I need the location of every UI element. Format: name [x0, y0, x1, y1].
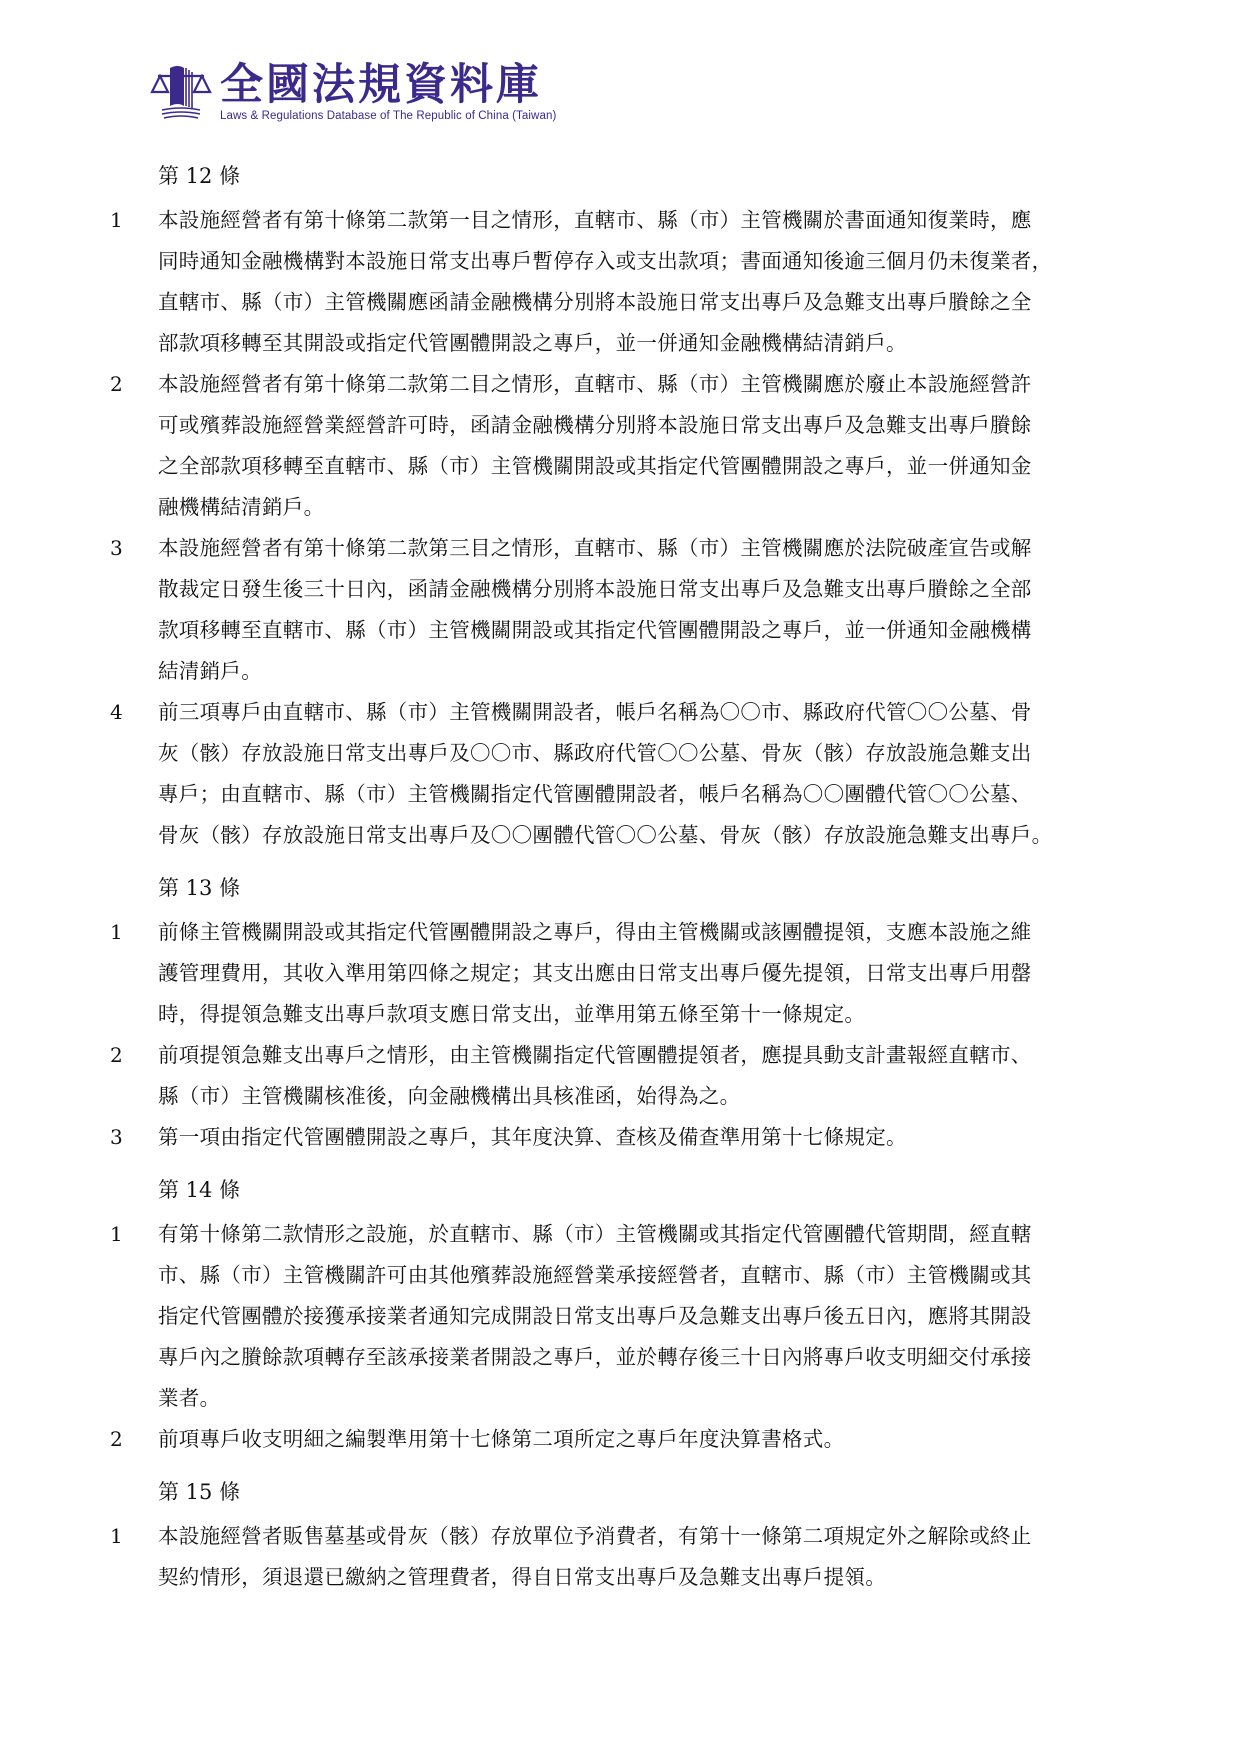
paragraph-text-line: 業者。: [158, 1378, 1140, 1419]
article: 第 13 條1前條主管機關開設或其指定代管團體開設之專戶，得由主管機關或該團體提…: [110, 870, 1140, 1158]
paragraph-text-line: 散裁定日發生後三十日內，函請金融機構分別將本設施日常支出專戶及急難支出專戶賸餘之…: [158, 569, 1140, 610]
paragraph-number: 4: [110, 692, 158, 856]
law-content: 第 12 條1本設施經營者有第十條第二款第一目之情形，直轄市、縣（市）主管機關於…: [110, 158, 1140, 1612]
paragraph-text-line: 部款項移轉至其開設或指定代管團體開設之專戶，並一併通知金融機構結清銷戶。: [158, 323, 1140, 364]
paragraph-text-line: 骨灰（骸）存放設施日常支出專戶及〇〇團體代管〇〇公墓、骨灰（骸）存放設施急難支出…: [158, 815, 1140, 856]
logo-title: 全國法規資料庫: [220, 62, 556, 108]
paragraph-text-line: 本設施經營者有第十條第二款第三目之情形，直轄市、縣（市）主管機關應於法院破產宣告…: [158, 528, 1140, 569]
paragraph-number: 1: [110, 912, 158, 1035]
paragraph-text-line: 時，得提領急難支出專戶款項支應日常支出，並準用第五條至第十一條規定。: [158, 994, 1140, 1035]
paragraph-text-line: 前條主管機關開設或其指定代管團體開設之專戶，得由主管機關或該團體提領，支應本設施…: [158, 912, 1140, 953]
paragraph-number: 2: [110, 1419, 158, 1460]
paragraph-text-line: 本設施經營者有第十條第二款第一目之情形，直轄市、縣（市）主管機關於書面通知復業時…: [158, 200, 1140, 241]
paragraph-text-line: 直轄市、縣（市）主管機關應函請金融機構分別將本設施日常支出專戶及急難支出專戶賸餘…: [158, 282, 1140, 323]
logo-subtitle: Laws & Regulations Database of The Repub…: [220, 110, 556, 122]
paragraph-text-line: 第一項由指定代管團體開設之專戶，其年度決算、查核及備查準用第十七條規定。: [158, 1117, 1140, 1158]
article: 第 12 條1本設施經營者有第十條第二款第一目之情形，直轄市、縣（市）主管機關於…: [110, 158, 1140, 856]
paragraph: 4前三項專戶由直轄市、縣（市）主管機關開設者，帳戶名稱為〇〇市、縣政府代管〇〇公…: [110, 692, 1140, 856]
paragraph-text-line: 契約情形，須退還已繳納之管理費者，得自日常支出專戶及急難支出專戶提領。: [158, 1557, 1140, 1598]
paragraph-text-line: 前項提領急難支出專戶之情形，由主管機關指定代管團體提領者，應提具動支計畫報經直轄…: [158, 1035, 1140, 1076]
paragraph-number: 1: [110, 200, 158, 364]
paragraph-text-line: 可或殯葬設施經營業經營許可時，函請金融機構分別將本設施日常支出專戶及急難支出專戶…: [158, 405, 1140, 446]
paragraph-text-line: 灰（骸）存放設施日常支出專戶及〇〇市、縣政府代管〇〇公墓、骨灰（骸）存放設施急難…: [158, 733, 1140, 774]
article-title: 第 13 條: [158, 870, 1140, 906]
paragraph-number: 3: [110, 1117, 158, 1158]
paragraph: 1本設施經營者有第十條第二款第一目之情形，直轄市、縣（市）主管機關於書面通知復業…: [110, 200, 1140, 364]
paragraph-text-line: 同時通知金融機構對本設施日常支出專戶暫停存入或支出款項；書面通知後逾三個月仍未復…: [158, 241, 1140, 282]
paragraph-text-line: 縣（市）主管機關核准後，向金融機構出具核准函，始得為之。: [158, 1076, 1140, 1117]
paragraph-text-line: 融機構結清銷戶。: [158, 487, 1140, 528]
paragraph-text-line: 市、縣（市）主管機關許可由其他殯葬設施經營業承接經營者，直轄市、縣（市）主管機關…: [158, 1255, 1140, 1296]
article: 第 15 條1本設施經營者販售墓基或骨灰（骸）存放單位予消費者，有第十一條第二項…: [110, 1474, 1140, 1598]
paragraph-number: 2: [110, 1035, 158, 1117]
paragraph-text-line: 有第十條第二款情形之設施，於直轄市、縣（市）主管機關或其指定代管團體代管期間，經…: [158, 1214, 1140, 1255]
article-title: 第 15 條: [158, 1474, 1140, 1510]
site-logo: 全國法規資料庫 Laws & Regulations Database of T…: [148, 62, 556, 122]
paragraph-text-line: 之全部款項移轉至直轄市、縣（市）主管機關開設或其指定代管團體開設之專戶，並一併通…: [158, 446, 1140, 487]
paragraph-text-line: 前項專戶收支明細之編製準用第十七條第二項所定之專戶年度決算書格式。: [158, 1419, 1140, 1460]
paragraph-text-line: 專戶；由直轄市、縣（市）主管機關指定代管團體開設者，帳戶名稱為〇〇團體代管〇〇公…: [158, 774, 1140, 815]
paragraph: 2本設施經營者有第十條第二款第二目之情形，直轄市、縣（市）主管機關應於廢止本設施…: [110, 364, 1140, 528]
article: 第 14 條1有第十條第二款情形之設施，於直轄市、縣（市）主管機關或其指定代管團…: [110, 1172, 1140, 1460]
paragraph-text-line: 護管理費用，其收入準用第四條之規定；其支出應由日常支出專戶優先提領，日常支出專戶…: [158, 953, 1140, 994]
paragraph: 2前項提領急難支出專戶之情形，由主管機關指定代管團體提領者，應提具動支計畫報經直…: [110, 1035, 1140, 1117]
paragraph-number: 1: [110, 1214, 158, 1419]
paragraph-number: 1: [110, 1516, 158, 1598]
paragraph: 1有第十條第二款情形之設施，於直轄市、縣（市）主管機關或其指定代管團體代管期間，…: [110, 1214, 1140, 1419]
article-title: 第 14 條: [158, 1172, 1140, 1208]
paragraph-text-line: 款項移轉至直轄市、縣（市）主管機關開設或其指定代管團體開設之專戶，並一併通知金融…: [158, 610, 1140, 651]
paragraph-text-line: 本設施經營者販售墓基或骨灰（骸）存放單位予消費者，有第十一條第二項規定外之解除或…: [158, 1516, 1140, 1557]
paragraph: 1前條主管機關開設或其指定代管團體開設之專戶，得由主管機關或該團體提領，支應本設…: [110, 912, 1140, 1035]
paragraph-text-line: 專戶內之賸餘款項轉存至該承接業者開設之專戶，並於轉存後三十日內將專戶收支明細交付…: [158, 1337, 1140, 1378]
paragraph-text-line: 結清銷戶。: [158, 651, 1140, 692]
scales-book-icon: [148, 62, 214, 120]
paragraph-text-line: 指定代管團體於接獲承接業者通知完成開設日常支出專戶及急難支出專戶後五日內，應將其…: [158, 1296, 1140, 1337]
paragraph: 2前項專戶收支明細之編製準用第十七條第二項所定之專戶年度決算書格式。: [110, 1419, 1140, 1460]
paragraph: 3第一項由指定代管團體開設之專戶，其年度決算、查核及備查準用第十七條規定。: [110, 1117, 1140, 1158]
article-title: 第 12 條: [158, 158, 1140, 194]
paragraph-text-line: 前三項專戶由直轄市、縣（市）主管機關開設者，帳戶名稱為〇〇市、縣政府代管〇〇公墓…: [158, 692, 1140, 733]
paragraph: 3本設施經營者有第十條第二款第三目之情形，直轄市、縣（市）主管機關應於法院破產宣…: [110, 528, 1140, 692]
paragraph-number: 3: [110, 528, 158, 692]
paragraph-text-line: 本設施經營者有第十條第二款第二目之情形，直轄市、縣（市）主管機關應於廢止本設施經…: [158, 364, 1140, 405]
paragraph-number: 2: [110, 364, 158, 528]
paragraph: 1本設施經營者販售墓基或骨灰（骸）存放單位予消費者，有第十一條第二項規定外之解除…: [110, 1516, 1140, 1598]
